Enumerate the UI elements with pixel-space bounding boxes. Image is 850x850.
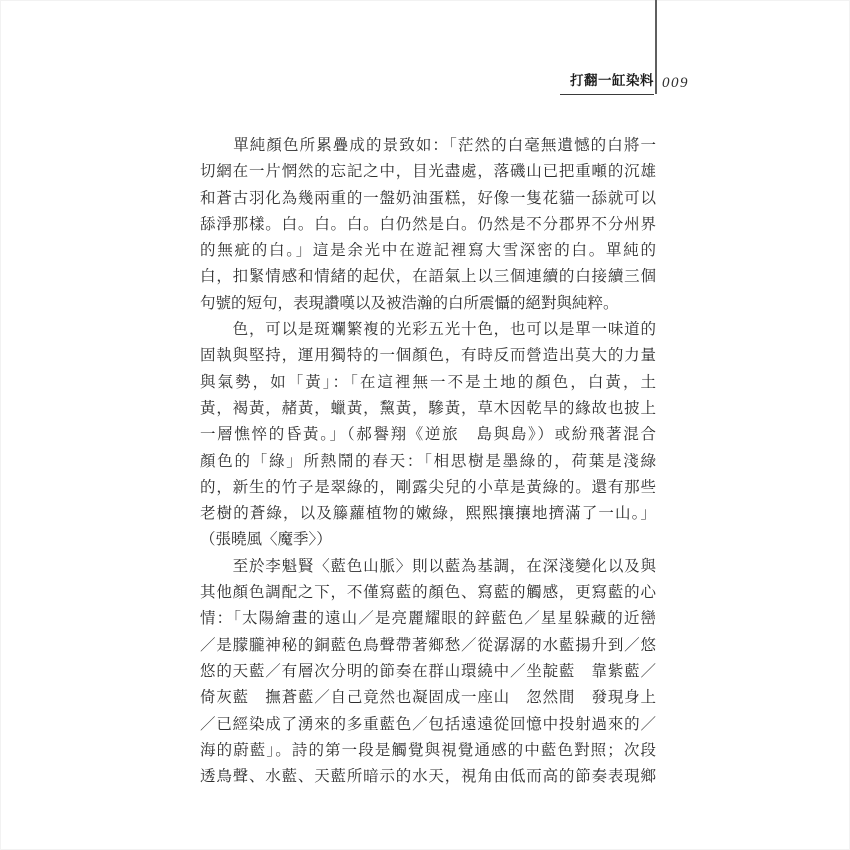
- text-line: 的無疵的白。」這是余光中在遊記裡寫大雪深密的白。單純的: [200, 238, 656, 264]
- text-line: 色，可以是斑斕繁複的光彩五光十色，也可以是單一味道的: [200, 317, 656, 343]
- text-line: 白，扣緊情感和情緒的起伏，在語氣上以三個連續的白接續三個: [200, 264, 656, 290]
- text-line: 單純顏色所累疊成的景致如：「茫然的白毫無遺憾的白將一: [200, 133, 656, 159]
- text-line: 顏色的「綠」所熱鬧的春天：「相思樹是墨綠的，荷葉是淺綠: [200, 449, 656, 475]
- text-line: 句號的短句，表現讚嘆以及被浩瀚的白所震懾的絕對與純粹。: [200, 291, 656, 317]
- text-line: 黃，褐黃，赭黃，蠟黃，黧黃，驂黃，草木因乾旱的緣故也披上: [200, 396, 656, 422]
- text-line: 海的蔚藍」。詩的第一段是觸覺與視覺通感的中藍色對照；次段: [200, 738, 656, 764]
- text-line: 固執與堅持，運用獨特的一個顏色，有時反而營造出莫大的力量: [200, 343, 656, 369]
- book-page: 打翻一缸染料 009 單純顏色所累疊成的景致如：「茫然的白毫無遺憾的白將一切網在…: [0, 0, 850, 850]
- header-vertical-rule: [655, 0, 657, 94]
- text-line: ／已經染成了湧來的多重藍色／包括遠遠從回憶中投射過來的／: [200, 712, 656, 738]
- page-number: 009: [662, 75, 689, 92]
- text-line: （張曉風〈魔季〉）: [200, 527, 656, 553]
- text-line: 老樹的蒼綠，以及籐蘿植物的嫩綠，熙熙攘攘地擠滿了一山。」: [200, 501, 656, 527]
- text-line: 和蒼古羽化為幾兩重的一盤奶油蛋糕，好像一隻花貓一舔就可以: [200, 186, 656, 212]
- text-line: 至於李魁賢〈藍色山脈〉則以藍為基調，在深淺變化以及與: [200, 554, 656, 580]
- body-text: 單純顏色所累疊成的景致如：「茫然的白毫無遺憾的白將一切網在一片惘然的忘記之中，目…: [200, 133, 656, 790]
- running-head-title: 打翻一缸染料: [560, 72, 654, 95]
- text-line: 情：「太陽繪畫的遠山／是亮麗耀眼的鋅藍色／星星躲藏的近巒: [200, 606, 656, 632]
- text-line: 透鳥聲、水藍、天藍所暗示的水天，視角由低而高的節奏表現鄉: [200, 764, 656, 790]
- text-line: 切網在一片惘然的忘記之中，目光盡處，落磯山已把重噸的沉雄: [200, 159, 656, 185]
- text-line: ／是朦朧神秘的銅藍色鳥聲帶著鄉愁／從潺潺的水藍揚升到／悠: [200, 633, 656, 659]
- text-line: 的，新生的竹子是翠綠的，剛露尖兒的小草是黃綠的。還有那些: [200, 475, 656, 501]
- text-line: 倚灰藍 撫蒼藍／自己竟然也凝固成一座山 忽然間 發現身上: [200, 685, 656, 711]
- text-line: 悠的天藍／有層次分明的節奏在群山環繞中／坐靛藍 靠紫藍／: [200, 659, 656, 685]
- text-line: 舔淨那樣。白。白。白。白仍然是白。仍然是不分郡界不分州界: [200, 212, 656, 238]
- text-line: 與氣勢，如「黃」：「在這裡無一不是土地的顏色，白黃，土: [200, 370, 656, 396]
- text-line: 其他顏色調配之下，不僅寫藍的顏色、寫藍的觸感，更寫藍的心: [200, 580, 656, 606]
- text-line: 一層憔悴的昏黃。」（郝譽翔《逆旅 島與島》）或紛飛著混合: [200, 422, 656, 448]
